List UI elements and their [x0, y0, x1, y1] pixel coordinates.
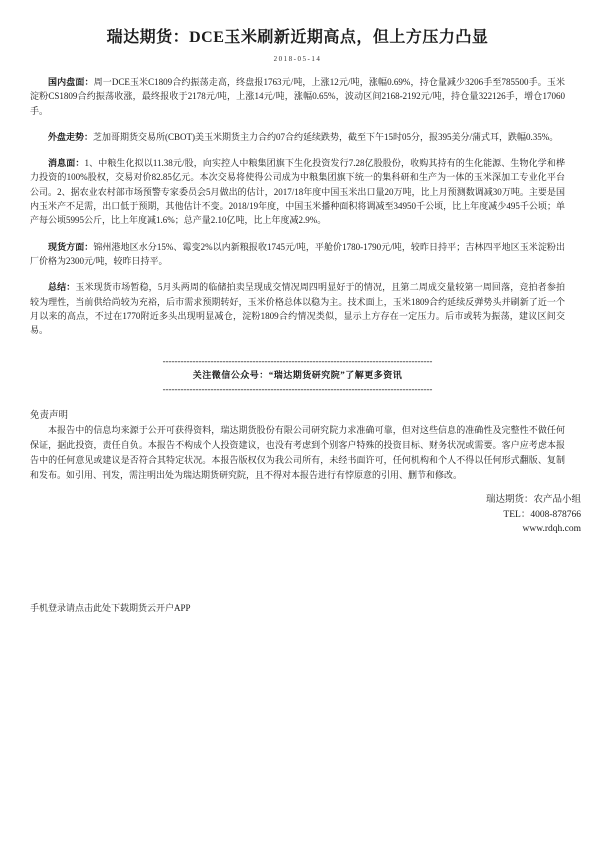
paragraph-foreign-market: 外盘走势：芝加哥期货交易所(CBOT)美玉米期货主力合约07合约延续跌势，截至下… [30, 130, 565, 144]
paragraph-text: 芝加哥期货交易所(CBOT)美玉米期货主力合约07合约延续跌势，截至下午15时0… [93, 132, 558, 142]
paragraph-text: 1、中粮生化拟以11.38元/股，向实控人中粮集团旗下生化投资发行7.28亿股股… [30, 158, 565, 225]
contact-website[interactable]: www.rdqh.com [30, 522, 581, 537]
paragraph-news: 消息面：1、中粮生化拟以11.38元/股，向实控人中粮集团旗下生化投资发行7.2… [30, 156, 565, 227]
report-date: 2018-05-14 [30, 55, 565, 63]
app-download-link[interactable]: 手机登录请点击此处下载期货云开户APP [30, 601, 191, 614]
disclaimer-heading: 免责声明 [30, 409, 565, 423]
dashed-divider-bottom: ----------------------------------------… [30, 382, 565, 396]
paragraph-label: 总结： [48, 282, 75, 292]
paragraph-text: 锦州港地区水分15%、霉变2%以内新粮报收1745元/吨，平舱价1780-179… [30, 242, 565, 266]
paragraph-text: 周一DCE玉米C1809合约振荡走高，终盘报1763元/吨，上涨12元/吨，涨幅… [30, 77, 565, 116]
paragraph-label: 外盘走势： [48, 132, 93, 142]
contact-tel: TEL：4008-878766 [30, 508, 581, 523]
dashed-divider-top: ----------------------------------------… [30, 354, 565, 368]
paragraph-text: 玉米现货市场暂稳，5月头两周的临储拍卖呈现成交情况周四明显好于的情况，且第二周成… [30, 282, 565, 335]
paragraph-summary: 总结：玉米现货市场暂稳，5月头两周的临储拍卖呈现成交情况周四明显好于的情况，且第… [30, 280, 565, 337]
paragraph-label: 国内盘面： [48, 77, 94, 87]
wechat-notice-text: 关注微信公众号：“瑞达期货研究院”了解更多资讯 [30, 368, 565, 382]
disclaimer-body: 本报告中的信息均来源于公开可获得资料，瑞达期货股份有限公司研究院力求准确可靠，但… [30, 423, 565, 483]
contact-team: 瑞达期货：农产品小组 [30, 493, 581, 508]
paragraph-label: 现货方面： [48, 242, 93, 252]
report-title: 瑞达期货：DCE玉米刷新近期高点，但上方压力凸显 [30, 28, 565, 48]
paragraph-domestic-market: 国内盘面：周一DCE玉米C1809合约振荡走高，终盘报1763元/吨，上涨12元… [30, 75, 565, 118]
paragraph-spot-market: 现货方面：锦州港地区水分15%、霉变2%以内新粮报收1745元/吨，平舱价178… [30, 240, 565, 269]
contact-block: 瑞达期货：农产品小组 TEL：4008-878766 www.rdqh.com [30, 493, 581, 537]
paragraph-label: 消息面： [48, 158, 84, 168]
wechat-notice-block: ----------------------------------------… [30, 354, 565, 396]
report-page: 瑞达期货：DCE玉米刷新近期高点，但上方压力凸显 2018-05-14 国内盘面… [0, 0, 595, 842]
